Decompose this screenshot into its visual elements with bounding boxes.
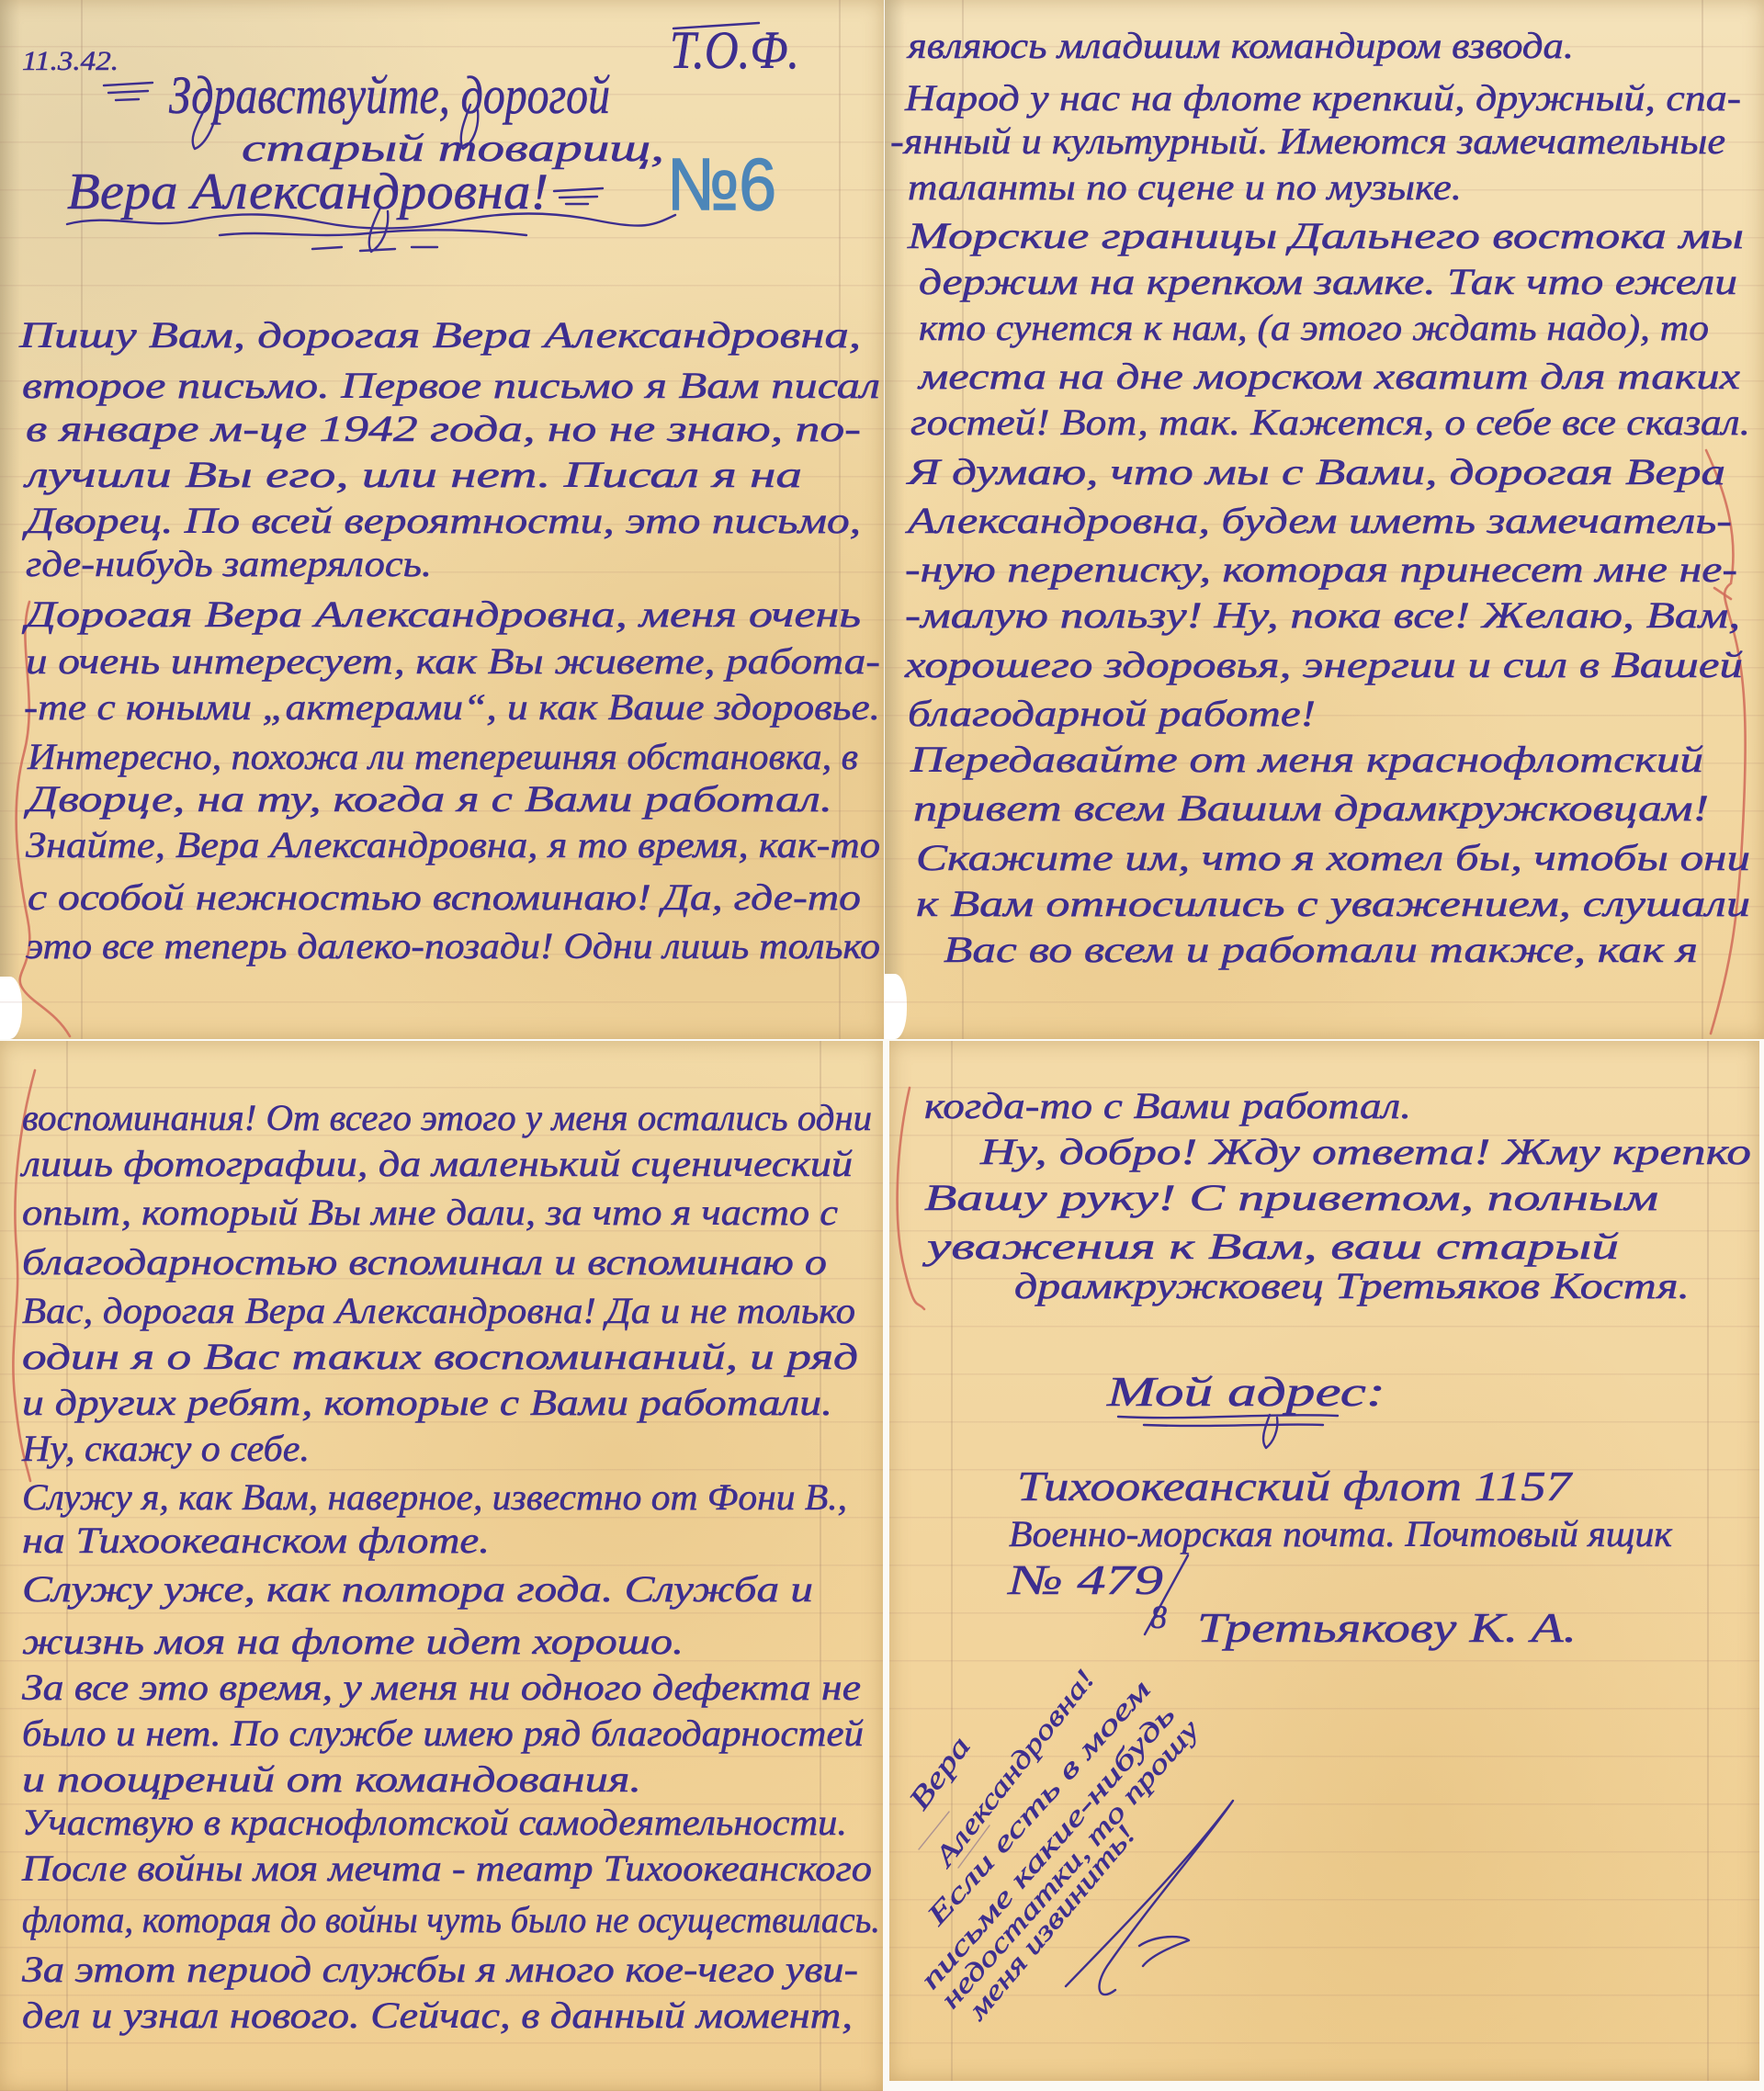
letter-line: это все теперь далеко-позади! Одни лишь … [26, 925, 880, 966]
letter-line: За все это время, у меня ни одного дефек… [22, 1667, 861, 1708]
letter-line: с особой нежностью вспоминаю! Да, где-то [28, 876, 861, 918]
letter-line: Передавайте от меня краснофлотский [910, 739, 1703, 780]
letter-line: и других ребят, которые с Вами работали. [22, 1382, 832, 1423]
letter-line: гостей! Вот, так. Кажется, о себе все ск… [910, 401, 1750, 443]
page-1-body: Пишу Вам, дорогая Вера Александровна, вт… [18, 314, 880, 966]
wavy-underline [220, 230, 526, 235]
letter-line: Знайте, Вера Александровна, я то время, … [26, 824, 880, 865]
handwriting-layer: 11.3.42. Т.О.Ф. Здравствуйте, дорогой ст… [0, 0, 1764, 2091]
triple-dash-flourish [554, 188, 603, 204]
postscript-line: Вера [902, 1730, 977, 1815]
page-1-header: 11.3.42. Т.О.Ф. Здравствуйте, дорогой ст… [22, 20, 799, 252]
letter-line: Вас, дорогая Вера Александровна! Да и не… [22, 1290, 855, 1331]
postscript: Вера Александровна! Если есть в моем пис… [902, 1664, 1233, 2026]
address-box-suffix: 8 [1150, 1599, 1167, 1635]
letter-line: было и нет. По службе имею ряд благодарн… [22, 1712, 864, 1754]
letter-line: Вас во всем и работали также, как я [944, 929, 1698, 970]
page-3-body: воспоминания! От всего этого у меня оста… [20, 1097, 880, 2036]
letter-line: За этот период службы я много кое-чего у… [22, 1949, 858, 1990]
letter-line: Дорогая Вера Александровна, меня очень [21, 593, 861, 635]
letter-line: Участвую в краснофлотской самодеятельнос… [22, 1802, 847, 1843]
letter-number-stamp: №6 [667, 143, 776, 225]
letter-line: Я думаю, что мы с Вами, дорогая Вера [905, 451, 1725, 492]
letter-line: Александровна, будем иметь замечатель- [904, 500, 1732, 541]
signature-line: драмкружковец Третьяков Костя. [1014, 1265, 1690, 1306]
signature-flourish [1139, 1937, 1189, 1966]
letter-line: в январе м-це 1942 года, но не знаю, по- [26, 408, 861, 449]
letter-line: Служу я, как Вам, наверное, известно от … [22, 1476, 847, 1518]
scanned-letter: 11.3.42. Т.О.Ф. Здравствуйте, дорогой ст… [0, 0, 1764, 2091]
letter-line: таланты по сцене и по музыке. [908, 166, 1462, 208]
letter-date: 11.3.42. [22, 46, 119, 76]
address-line: Тихоокеанский флот 1157 [1017, 1463, 1573, 1509]
letter-line: опыт, который Вы мне дали, за что я част… [22, 1192, 838, 1233]
letter-line: и очень интересует, как Вы живете, работ… [26, 640, 880, 682]
greeting-line: Здравствуйте, дорогой [169, 65, 610, 125]
address-recipient: Третьякову К. А. [1197, 1604, 1577, 1651]
letter-line: Дворец. По всей вероятности, это письмо, [21, 500, 861, 541]
letter-line: где-нибудь затерялось. [26, 543, 432, 584]
address-heading: Мой адрес: [1106, 1368, 1385, 1415]
page-4-body: когда-то с Вами работал. Ну, добро! Жду … [922, 1085, 1751, 1306]
letter-line: кто сунется к нам, (а этого ждать надо),… [919, 307, 1709, 348]
letter-line: Ну, скажу о себе. [21, 1428, 310, 1469]
letter-line: второе письмо. Первое письмо я Вам писал [22, 365, 880, 406]
letter-line: -ную переписку, которая принесет мне не- [905, 548, 1737, 590]
letter-line: уважения к Вам, ваш старый [922, 1226, 1619, 1267]
letter-line: Служу уже, как полтора года. Служба и [22, 1568, 813, 1610]
greeting-addressee: Вера Александровна! [67, 164, 548, 220]
letter-line: держим на крепком замке. Так что ежели [919, 261, 1737, 302]
letter-line: благодарностью вспоминал и вспоминаю о [22, 1241, 827, 1283]
fleet-abbreviation: Т.О.Ф. [670, 20, 799, 80]
letter-line: Интересно, похожа ли теперешняя обстанов… [27, 736, 858, 777]
page-2-body: являюсь младшим командиром взвода. Народ… [890, 25, 1750, 970]
return-address: Мой адрес: Тихоокеанский флот 1157 Военн… [1006, 1368, 1672, 1651]
letter-line: Дворце, на ту, когда я с Вами работал. [23, 778, 832, 819]
letter-line: жизнь моя на флоте идет хорошо. [22, 1621, 684, 1662]
letter-line: Вашу руку! С приветом, полным [924, 1177, 1658, 1218]
letter-line: Народ у нас на флоте крепкий, дружный, с… [904, 77, 1741, 119]
heading-underline [1118, 1415, 1338, 1426]
letter-line: После войны моя мечта - театр Тихоокеанс… [21, 1848, 872, 1889]
letter-line: Скажите им, что я хотел бы, чтобы они [916, 837, 1750, 878]
letter-line: дел и узнал нового. Сейчас, в данный мом… [22, 1995, 853, 2036]
address-box-number: № 479 [1006, 1556, 1163, 1603]
letter-line: Морские границы Дальнего востока мы [907, 215, 1744, 256]
letter-line: -малую пользу! Ну, пока все! Желаю, Вам, [905, 594, 1740, 636]
letter-line: Пишу Вам, дорогая Вера Александровна, [18, 314, 861, 356]
letter-line: -те с юными „актерами“, и как Ваше здоро… [24, 686, 880, 728]
letter-line: и поощрений от командования. [22, 1758, 641, 1800]
letter-line: когда-то с Вами работал. [924, 1085, 1411, 1126]
letter-line: к Вам относились с уважением, слушали [916, 883, 1750, 924]
letter-line: на Тихоокеанском флоте. [22, 1520, 490, 1561]
letter-line: -янный и культурный. Имеются замечательн… [890, 120, 1725, 162]
red-margin-line [898, 1088, 924, 1309]
letter-line: благодарной работе! [908, 693, 1316, 734]
letter-line: лишь фотографии, да маленький сценически… [20, 1143, 853, 1184]
letter-line: Ну, добро! Жду ответа! Жму крепко [979, 1131, 1751, 1172]
letter-line: привет всем Вашим драмкружковцам! [913, 787, 1709, 829]
letter-line: воспоминания! От всего этого у меня оста… [22, 1097, 872, 1138]
letter-line: лучили Вы его, или нет. Писал я на [23, 454, 802, 495]
triple-dash-flourish [104, 83, 153, 100]
letter-line: являюсь младшим командиром взвода. [906, 25, 1574, 66]
letter-line: места на дне морском хватит для таких [916, 356, 1740, 397]
descender-loop [1263, 1415, 1277, 1448]
letter-line: флота, которая до войны чуть было не осу… [22, 1899, 880, 1940]
letter-line: один я о Вас таких воспоминаний, и ряд [22, 1336, 858, 1377]
address-line: Военно-морская почта. Почтовый ящик [1009, 1513, 1672, 1554]
letter-line: хорошего здоровья, энергии и сил в Вашей [904, 644, 1743, 685]
